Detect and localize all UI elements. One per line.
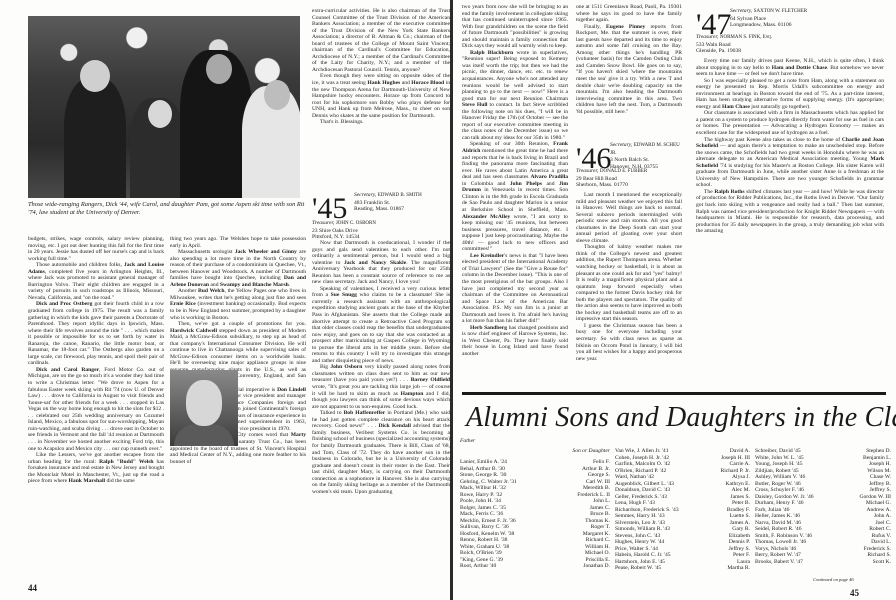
person-name: Swampy and Blanche Marsh (220, 282, 289, 288)
person-name: Alvaro Pradilla (530, 174, 568, 180)
treasurer-name: JOHN C. OSBORN (336, 221, 376, 226)
person-name: Dick and Carol Ranger (36, 367, 99, 373)
treasurer-address-line2: Sherborn, Mass. 01770 (576, 182, 647, 189)
person-name: Barney Oldfield (411, 377, 450, 383)
class-47-header: '47 Secretary, SAXTON W. FLETCHER 64 Syl… (696, 8, 886, 54)
treasurer-address-line2: Glenside, Pa. 19038 (696, 48, 772, 55)
hardwick-caldwell-portrait (170, 370, 238, 446)
paragraph: Dick and Carol Ranger, Ford Motor Co. ou… (28, 367, 164, 452)
person-name: Bud Welch (198, 288, 224, 294)
paragraph: Like the Lessers, we've got another esca… (28, 452, 164, 485)
secretary-address-line2: Reading, Mass. 01867 (354, 206, 422, 213)
paragraph: Talked to Bob Haffenreffer in Portland (… (312, 410, 450, 495)
treasurer-name: DONALD E. FUBBER (600, 169, 647, 174)
paragraph: one at 1511 Greenlawn Road, Paoli, Pa. 1… (576, 4, 682, 24)
paragraph: Big John Osborn very kindly passed along… (312, 364, 450, 410)
treasurer-label: Treasurer, (696, 34, 718, 40)
children-column-3: Stephen D.Benjamin L.Joseph H.Wilson M.C… (820, 448, 891, 565)
child-name: Jonathan D. (540, 563, 610, 570)
article-column-4: two years from now she will be bringing … (462, 4, 568, 358)
article-column-5-continued: Last month I mentioned the exceptionally… (576, 192, 682, 362)
person-name: Alexander McAlley (462, 214, 510, 220)
paragraph: Dick and Proc Ostberg got their fourth c… (28, 301, 164, 366)
paragraph: Our classmate is associated with a firm … (696, 110, 884, 136)
person-name: Ham Chase (722, 104, 750, 110)
secretary-label: Secretary, (610, 142, 632, 148)
person-name: Ralph Blackburn (470, 50, 513, 56)
magazine-spread: Those wide-ranging Rangers, Dick '44, wi… (0, 0, 896, 600)
secretary-address-line1: 483 Franklin St. (354, 200, 422, 207)
alumni-table-title: Alumni Sons and Daughters in the Class o… (466, 402, 896, 434)
paragraph: Last month I mentioned the exceptionally… (576, 192, 682, 244)
paragraph: Those automobile and children folks, Jac… (28, 262, 164, 301)
child-name: Martha R. (680, 565, 750, 572)
treasurer-address-line1: 29 Bear Hill Road (576, 176, 647, 183)
paragraph: Every time our family drives past Keene,… (696, 58, 884, 78)
article-column-3-continued: Now that Dartmouth is coeducational, I w… (312, 240, 450, 495)
paragraph: budgets, strikes, wage controls, salary … (28, 236, 164, 262)
paragraph: two years from now she will be bringing … (462, 4, 568, 50)
person-name: Dick and Proc Ostberg (36, 301, 92, 307)
paragraph: I guess the Christmas season has been a … (576, 323, 682, 362)
person-name: Jack Wheeler and Ginny (235, 249, 297, 255)
article-column-6: Every time our family drives past Keene,… (696, 58, 884, 235)
article-column-1: budgets, strikes, wage controls, salary … (28, 236, 164, 485)
secretary-name: SAXTON W. FLETCHER (754, 9, 807, 14)
person-name: John Phelps (510, 181, 542, 187)
paragraph: Massachusetts urologist Jack Wheeler and… (170, 249, 306, 288)
child-header: Son or Daughter (540, 448, 610, 455)
paragraph: thing two years ago. The Welshes hope to… (170, 236, 306, 249)
treasurer-label: Treasurer, (576, 168, 598, 174)
paragraph: The highway past Keene also takes us clo… (696, 137, 884, 189)
treasurer-address-line1: 533 Waln Road (696, 42, 772, 49)
person-name: Sue Snugg (331, 292, 357, 298)
paragraph: extra-curricular activities. He is also … (312, 8, 450, 73)
section-divider (462, 392, 886, 395)
person-name: Eugene Pinney (606, 24, 645, 30)
article-column-5: one at 1511 Greenlawn Road, Paoli, Pa. 1… (576, 4, 682, 115)
person-name: Jack and Nancy Skakle (344, 260, 406, 266)
person-name: Ralph "Budd" Welsh (99, 459, 153, 465)
father-header: Father (460, 438, 475, 445)
class-45-header: '45 Secretary, EDWARD B. SMITH 483 Frank… (312, 192, 452, 238)
paragraph: Lee Kreindler's news is that "I have bee… (462, 253, 568, 325)
paragraph: Speaking of valentines, I received a ver… (312, 286, 450, 365)
rangers-ski-photo (28, 16, 300, 198)
left-page: Those wide-ranging Rangers, Dick '44, wi… (0, 0, 452, 600)
person-name: Dick Kendall (378, 423, 410, 429)
paragraph: Ralph Blackburn wrote in superlatives, "… (462, 50, 568, 142)
paragraph: The Ralph Roths shifted climates last ye… (696, 189, 884, 235)
paragraph: So I was especially pleased to get a not… (696, 78, 884, 111)
secretary-label: Secretary, (354, 192, 376, 198)
page-number-left: 44 (28, 583, 37, 593)
photo-caption: Those wide-ranging Rangers, Dick '44, wi… (28, 201, 308, 216)
children-column-1: Felix F.Arthur B. Jr.George S.Carl W. II… (540, 459, 610, 570)
paragraph: Another Bud Welch, the Yellow Pages one … (170, 288, 306, 321)
person-name: Hardwick Caldwell (170, 328, 217, 334)
person-name: Hank Hughes (367, 80, 400, 86)
person-name: Horace Blood (411, 80, 444, 86)
secretary-address-line1: 64 Sylvan Place (730, 16, 807, 23)
continued-note: Continued on page 46 (813, 577, 854, 582)
page-number-right: 45 (850, 588, 859, 598)
paragraph: Finally, Eugene Pinney reports from Rock… (576, 24, 682, 116)
paragraph: That's it. Blessings. (312, 119, 450, 126)
paragraph: Speaking of our 30th Reunion, Frank Aldr… (462, 141, 568, 252)
class-46-header: '46 Secretary, EDWARD M. SCHEU JR. 3 Nor… (576, 142, 686, 188)
person-name: Ernie Rice (170, 301, 196, 307)
secretary-label: Secretary, (730, 8, 752, 14)
person-name: Hank Marshall (69, 478, 106, 484)
secretary-name: EDWARD B. SMITH (378, 193, 422, 198)
article-column-3: extra-curricular activities. He is also … (312, 8, 450, 126)
secretary-address-line2: Longmeadow, Mass. 01106 (730, 22, 807, 29)
treasurer-name: NORMAN S. FINK, Esq. (720, 35, 772, 40)
person-name: Don Lindell (277, 387, 306, 393)
paragraph: Herb Sandberg has changed positions and … (462, 325, 568, 358)
paragraph: Now that Dartmouth is coeducational, I w… (312, 240, 450, 286)
person-name: Lee Kreindler (470, 253, 504, 259)
paragraph: Thoughts of balmy weather makes me think… (576, 244, 682, 323)
person-name: John Osborn (330, 364, 362, 370)
treasurer-label: Treasurer, (312, 220, 334, 226)
children-column-2: David A.Joseph H. IIICarrie A.Richard P.… (680, 448, 750, 572)
person-name: Bob Haffenreffer (344, 410, 386, 416)
secretary-address-line1: 3 North Balch St. (610, 157, 686, 164)
person-name: Hampton (401, 391, 424, 397)
child-name: Scott K. (820, 559, 891, 566)
person-name: Steve Hull (462, 102, 487, 108)
paragraph: Even though they were sitting on opposit… (312, 73, 450, 119)
person-name: Ham and Dottie Chase (772, 65, 827, 71)
person-name: Herb Sandberg (470, 325, 507, 331)
fathers-column-1: Lanier, Emilio A. '24Behal, Arthur B. '3… (460, 459, 540, 570)
father-name: Root, Arthur '40 (460, 563, 540, 570)
